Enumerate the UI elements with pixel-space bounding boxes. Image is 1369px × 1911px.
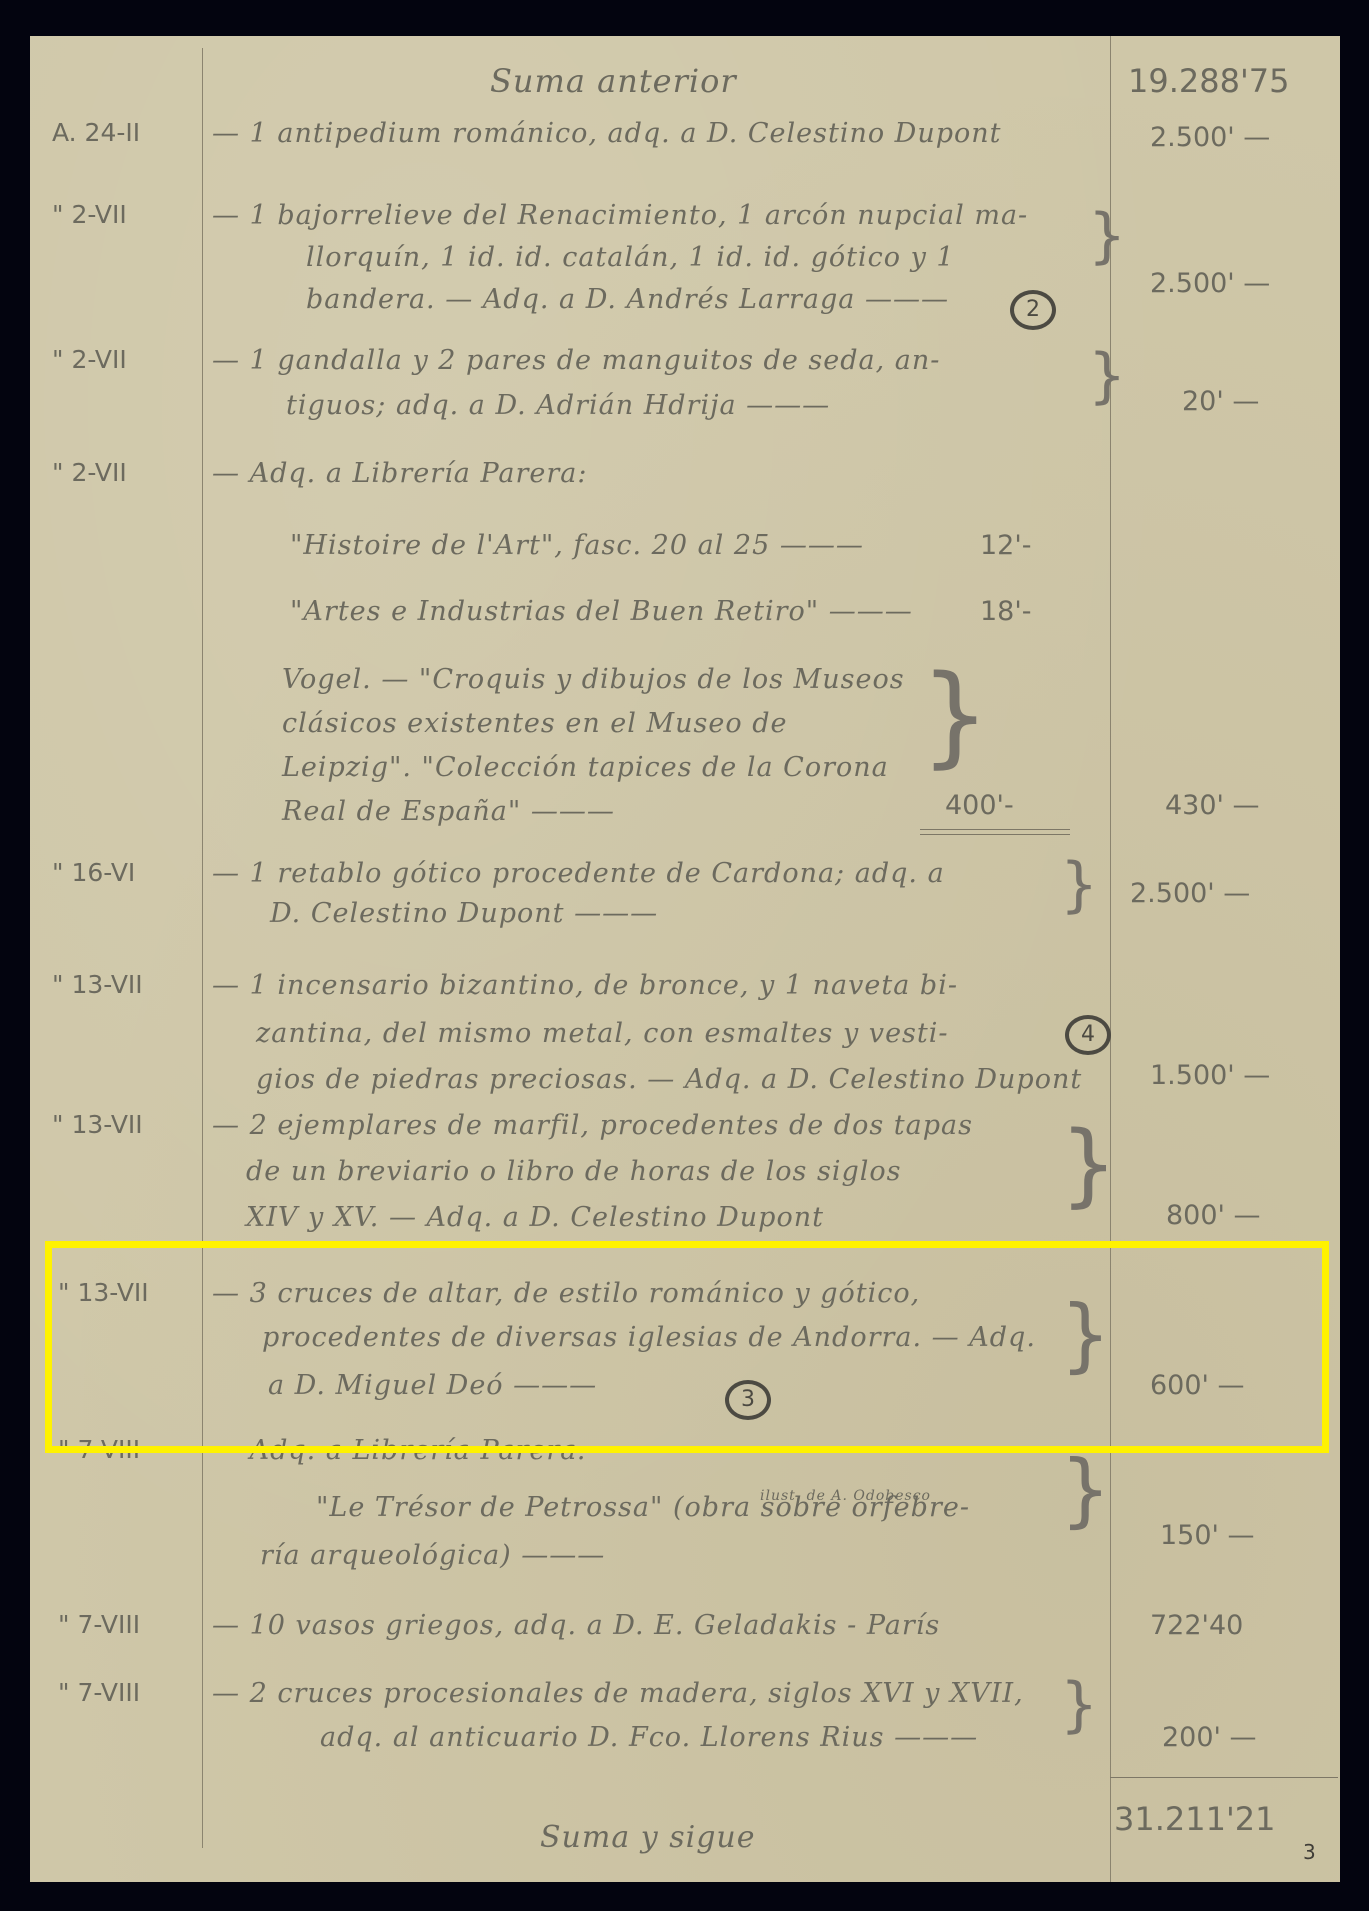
entry-text: — 1 bajorrelieve del Renacimiento, 1 arc…	[212, 200, 1028, 231]
circled-number: 4	[1065, 1015, 1111, 1055]
entry-date: " 2-VII	[52, 345, 127, 374]
entry-text: — 2 ejemplares de marfil, procedentes de…	[212, 1110, 973, 1141]
brace-icon: }	[1060, 1450, 1111, 1530]
entry-date: " 13-VII	[52, 1110, 143, 1139]
sub-item-text: "Histoire de l'Art", fasc. 20 al 25 ———	[290, 530, 864, 561]
entry-text: bandera. — Adq. a D. Andrés Larraga ———	[306, 284, 949, 315]
brace-icon: }	[1088, 206, 1126, 266]
entry-amount: 722'40	[1150, 1610, 1243, 1641]
entry-amount: 20' —	[1182, 386, 1259, 417]
entry-amount: 150' —	[1160, 1520, 1255, 1551]
entry-amount: 2.500' —	[1150, 122, 1270, 153]
entry-text: — 1 retablo gótico procedente de Cardona…	[212, 858, 945, 889]
entry-text: — Adq. a Librería Parera:	[212, 458, 588, 489]
entry-text: — 10 vasos griegos, adq. a D. E. Geladak…	[212, 1610, 940, 1641]
entry-text: adq. al anticuario D. Fco. Llorens Rius …	[320, 1722, 978, 1753]
sub-item-amount: 18'-	[980, 596, 1032, 627]
subtotal-double-rule-1	[920, 829, 1070, 830]
annotation-text: ilust. de A. Odobesco	[760, 1488, 931, 1504]
highlight-box	[45, 1241, 1329, 1453]
date-column-rule	[202, 48, 203, 1848]
amount-column-rule	[1110, 36, 1111, 1882]
subtotal-double-rule-2	[920, 834, 1070, 835]
entry-text: D. Celestino Dupont ———	[270, 898, 658, 929]
entry-date: " 2-VII	[52, 458, 127, 487]
carry-on-footer: Suma y sigue	[540, 1820, 756, 1855]
carried-total: 19.288'75	[1128, 62, 1289, 100]
entry-text: gios de piedras preciosas. — Adq. a D. C…	[256, 1064, 1082, 1095]
sub-item-text: "Artes e Industrias del Buen Retiro" ———	[290, 596, 913, 627]
sub-item-amount: 12'-	[980, 530, 1032, 561]
entry-text: zantina, del mismo metal, con esmaltes y…	[256, 1018, 949, 1049]
entry-amount: 800' —	[1166, 1200, 1261, 1231]
page-number: 3	[1303, 1840, 1316, 1864]
new-total: 31.211'21	[1114, 1800, 1275, 1838]
brace-icon: }	[1060, 1675, 1098, 1735]
entry-date: A. 24-II	[52, 118, 140, 147]
entry-date: " 7-VIII	[58, 1610, 140, 1639]
sub-item-amount: 400'-	[945, 790, 1014, 821]
entry-date: " 13-VII	[52, 970, 143, 999]
entry-text: de un breviario o libro de horas de los …	[246, 1156, 902, 1187]
carry-forward-heading: Suma anterior	[490, 62, 737, 100]
entry-text: llorquín, 1 id. id. catalán, 1 id. id. g…	[306, 242, 955, 273]
entry-text: — 1 gandalla y 2 pares de manguitos de s…	[212, 345, 940, 376]
entry-text: — 1 antipedium románico, adq. a D. Celes…	[212, 118, 1002, 149]
entry-date: " 7-VIII	[58, 1678, 140, 1707]
entry-amount: 430' —	[1165, 790, 1260, 821]
entry-date: " 2-VII	[52, 200, 127, 229]
total-rule	[1110, 1777, 1338, 1778]
brace-icon: }	[1060, 1120, 1117, 1210]
entry-text: — 1 incensario bizantino, de bronce, y 1…	[212, 970, 958, 1001]
entry-date: " 16-VI	[52, 858, 135, 887]
entry-amount: 1.500' —	[1150, 1060, 1270, 1091]
brace-icon: }	[1088, 346, 1126, 406]
entry-amount: 2.500' —	[1130, 878, 1250, 909]
entry-text: — 2 cruces procesionales de madera, sigl…	[212, 1678, 1024, 1709]
entry-text: tiguos; adq. a D. Adrián Hdrija ———	[286, 390, 830, 421]
entry-text: ría arqueológica) ———	[260, 1540, 605, 1571]
sub-item-text: Vogel. — "Croquis y dibujos de los Museo…	[282, 658, 922, 834]
circled-number: 2	[1010, 290, 1056, 330]
brace-icon: }	[920, 660, 990, 770]
brace-icon: }	[1060, 855, 1098, 915]
entry-text: XIV y XV. — Adq. a D. Celestino Dupont	[246, 1202, 824, 1233]
entry-amount: 200' —	[1162, 1722, 1257, 1753]
entry-amount: 2.500' —	[1150, 268, 1270, 299]
